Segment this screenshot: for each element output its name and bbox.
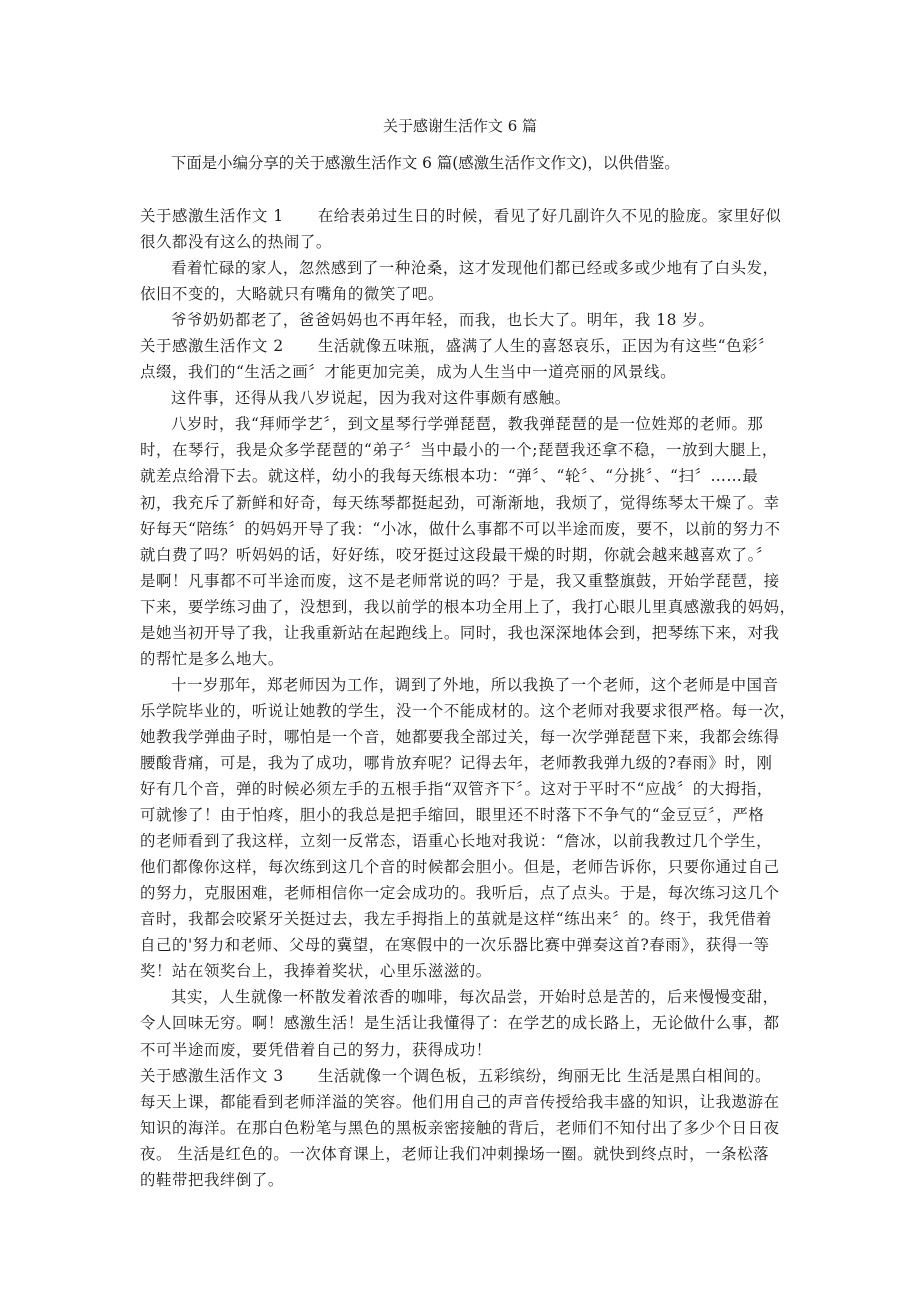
text-line: 时，在琴行，我是众多学琵琶的“弟子〞当中最小的一个;琵琶我还拿不稳，一放到大腿上… (140, 437, 800, 463)
section-heading-line: 关于感激生活作文 3生活就像一个调色板，五彩缤纷，绚丽无比 生活是黑白相间的。 (140, 1063, 800, 1089)
line-text: 的努力，克服困难，老师相信你一定会成功的。我听后，点了点头。于是，每次练习这几个 (140, 884, 780, 902)
line-text: 知识的海洋。在那白色粉笔与黑色的黑板亲密接触的背后，老师们不知付出了多少个日日夜 (140, 1119, 780, 1137)
line-text: 奖！站在领奖台上，我捧着奖状，心里乐滋滋的。 (140, 962, 492, 980)
text-line: 令人回味无穷。啊！感激生活！是生活让我懂得了：在学艺的成长路上，无论做什么事，都 (140, 1010, 800, 1036)
line-text: 可就惨了！由于怕疼，胆小的我总是把手缩回，眼里还不时落下不争气的“金豆豆〞，严格 (140, 806, 764, 824)
line-text: 的帮忙是多么地大。 (140, 650, 284, 668)
line-text: 时，在琴行，我是众多学琵琶的“弟子〞当中最小的一个;琵琶我还拿不稳，一放到大腿上… (140, 441, 778, 459)
text-line: 十一岁那年，郑老师因为工作，调到了外地，所以我换了一个老师，这个老师是中国音 (140, 672, 800, 698)
line-text: 腰酸背痛，可是，我为了成功，哪肯放弃呢？记得去年，老师教我弹九级的?春雨》时，刚 (140, 754, 773, 772)
line-text: 不可半途而废，要凭借着自己的努力，获得成功！ (140, 1041, 492, 1059)
text-line: 乐学院毕业的，听说让她教的学生，没一个不能成材的。这个老师对我要求很严格。每一次… (140, 698, 800, 724)
text-line: 每天上课，都能看到老师洋溢的笑容。他们用自己的声音传授给我丰盛的知识，让我遨游在 (140, 1089, 800, 1115)
text-line: 知识的海洋。在那白色粉笔与黑色的黑板亲密接触的背后，老师们不知付出了多少个日日夜 (140, 1115, 800, 1141)
text-line: 可就惨了！由于怕疼，胆小的我总是把手缩回，眼里还不时落下不争气的“金豆豆〞，严格 (140, 802, 800, 828)
document-page: 关于感谢生活作文 6 篇 下面是小编分享的关于感激生活作文 6 篇(感激生活作文… (0, 0, 920, 1302)
text-line: 自己的'努力和老师、父母的冀望，在寒假中的一次乐器比赛中弹奏这首?春雨》，获得一… (140, 932, 800, 958)
section-heading: 关于感激生活作文 3 (140, 1067, 284, 1085)
section-heading: 关于感激生活作文 1 (140, 207, 284, 225)
text-line: 她教我学弹曲子时，哪怕是一个音，她都要我全部过关，每一次学弹琵琶下来，我都会练得 (140, 724, 800, 750)
line-text: 夜。 生活是红色的。一次体育课上，老师让我们冲刺操场一圈。就快到终点时，一条松落 (140, 1145, 769, 1163)
text-line: 他们都像你这样，每次练到这几个音的时候都会胆小。但是，老师告诉你，只要你通过自己 (140, 854, 800, 880)
line-text: 在给表弟过生日的时候，看见了好几副许久不见的脸庞。家里好似 (318, 207, 782, 225)
line-text: 爷爷奶奶都老了，爸爸妈妈也不再年轻，而我，也长大了。明年，我 18 岁。 (171, 311, 714, 329)
line-text: 她教我学弹曲子时，哪怕是一个音，她都要我全部过关，每一次学弹琵琶下来，我都会练得 (140, 728, 780, 746)
line-text: 初，我充斥了新鲜和好奇，每天练琴都挺起劲，可渐渐地，我烦了，觉得练琴太干燥了。幸 (140, 494, 780, 512)
text-line: 的帮忙是多么地大。 (140, 646, 800, 672)
text-line: 点缀，我们的“生活之画〞才能更加完美，成为人生当中一道亮丽的风景线。 (140, 359, 800, 385)
intro-paragraph: 下面是小编分享的关于感激生活作文 6 篇(感激生活作文作文)，以供借鉴。 (171, 151, 680, 175)
text-line: 爷爷奶奶都老了，爸爸妈妈也不再年轻，而我，也长大了。明年，我 18 岁。 (140, 307, 800, 333)
line-text: 是啊！凡事都不可半途而废，这不是老师常说的吗？于是，我又重整旗鼓，开始学琵琶，接 (140, 572, 780, 590)
text-line: 八岁时，我“拜师学艺〞，到文星琴行学弹琵琶，教我弹琵琶的是一位姓郑的老师。那 (140, 411, 800, 437)
text-line: 是啊！凡事都不可半途而废，这不是老师常说的吗？于是，我又重整旗鼓，开始学琵琶，接 (140, 568, 800, 594)
text-line: 不可半途而废，要凭借着自己的努力，获得成功！ (140, 1037, 800, 1063)
line-text: 音时，我都会咬紧牙关挺过去，我左手拇指上的茧就是这样“练出来〞的。终于，我凭借着 (140, 910, 772, 928)
section-heading: 关于感激生活作文 2 (140, 337, 284, 355)
text-line: 的努力，克服困难，老师相信你一定会成功的。我听后，点了点头。于是，每次练习这几个 (140, 880, 800, 906)
line-text: 好有几个音，弹的时候必须左手的五根手指“双管齐下〞。这对于平时不“应战〞的大拇指… (140, 780, 773, 798)
line-text: 自己的'努力和老师、父母的冀望，在寒假中的一次乐器比赛中弹奏这首?春雨》，获得一… (140, 936, 770, 954)
line-text: 就白费了吗？听妈妈的话，好好练，咬牙挺过这段最干燥的时期，你就会越来越喜欢了。〞 (140, 546, 772, 564)
line-text: 依旧不变的，大略就只有嘴角的微笑了吧。 (140, 285, 444, 303)
text-line: 初，我充斥了新鲜和好奇，每天练琴都挺起劲，可渐渐地，我烦了，觉得练琴太干燥了。幸 (140, 490, 800, 516)
line-text: 这件事，还得从我八岁说起，因为我对这件事颇有感触。 (171, 389, 571, 407)
document-title: 关于感谢生活作文 6 篇 (0, 114, 920, 138)
line-text: 其实，人生就像一杯散发着浓香的咖啡，每次品尝，开始时总是苦的，后来慢慢变甜， (171, 988, 779, 1006)
text-line: 下来，要学练习曲了，没想到，我以前学的根本功全用上了，我打心眼儿里真感激我的妈妈… (140, 594, 800, 620)
text-line: 就白费了吗？听妈妈的话，好好练，咬牙挺过这段最干燥的时期，你就会越来越喜欢了。〞 (140, 542, 800, 568)
line-text: 八岁时，我“拜师学艺〞，到文星琴行学弹琵琶，教我弹琵琶的是一位姓郑的老师。那 (171, 415, 763, 433)
text-line: 看着忙碌的家人，忽然感到了一种沧桑，这才发现他们都已经或多或少地有了白头发， (140, 255, 800, 281)
section-heading-line: 关于感激生活作文 2生活就像五味瓶，盛满了人生的喜怒哀乐，正因为有这些“色彩〞 (140, 333, 800, 359)
text-line: 就差点给滑下去。就这样，幼小的我每天练根本功：“弹〞、“轮〞、“分挑〞、“扫〞…… (140, 463, 800, 489)
line-text: 下来，要学练习曲了，没想到，我以前学的根本功全用上了，我打心眼儿里真感激我的妈妈… (140, 598, 796, 616)
line-text: 乐学院毕业的，听说让她教的学生，没一个不能成材的。这个老师对我要求很严格。每一次… (140, 702, 796, 720)
line-text: 生活就像五味瓶，盛满了人生的喜怒哀乐，正因为有这些“色彩〞 (318, 337, 774, 355)
text-line: 这件事，还得从我八岁说起，因为我对这件事颇有感触。 (140, 385, 800, 411)
line-text: 点缀，我们的“生活之画〞才能更加完美，成为人生当中一道亮丽的风景线。 (140, 363, 676, 381)
text-line: 夜。 生活是红色的。一次体育课上，老师让我们冲刺操场一圈。就快到终点时，一条松落 (140, 1141, 800, 1167)
line-text: 就差点给滑下去。就这样，幼小的我每天练根本功：“弹〞、“轮〞、“分挑〞、“扫〞…… (140, 467, 758, 485)
text-line: 好每天“陪练〞的妈妈开导了我：“小冰，做什么事都不可以半途而废，要不，以前的努力… (140, 516, 800, 542)
section-heading-line: 关于感激生活作文 1在给表弟过生日的时候，看见了好几副许久不见的脸庞。家里好似 (140, 203, 800, 229)
text-line: 好有几个音，弹的时候必须左手的五根手指“双管齐下〞。这对于平时不“应战〞的大拇指… (140, 776, 800, 802)
text-line: 的鞋带把我绊倒了。 (140, 1167, 800, 1193)
text-line: 腰酸背痛，可是，我为了成功，哪肯放弃呢？记得去年，老师教我弹九级的?春雨》时，刚 (140, 750, 800, 776)
line-text: 是她当初开导了我，让我重新站在起跑线上。同时，我也深深地体会到，把琴练下来，对我 (140, 624, 780, 642)
line-text: 生活就像一个调色板，五彩缤纷，绚丽无比 生活是黑白相间的。 (318, 1067, 771, 1085)
line-text: 很久都没有这么的热闹了。 (140, 233, 332, 251)
text-line: 的老师看到了我这样，立刻一反常态，语重心长地对我说：“詹冰，以前我教过几个学生， (140, 828, 800, 854)
line-text: 十一岁那年，郑老师因为工作，调到了外地，所以我换了一个老师，这个老师是中国音 (171, 676, 779, 694)
text-line: 其实，人生就像一杯散发着浓香的咖啡，每次品尝，开始时总是苦的，后来慢慢变甜， (140, 984, 800, 1010)
text-line: 很久都没有这么的热闹了。 (140, 229, 800, 255)
line-text: 好每天“陪练〞的妈妈开导了我：“小冰，做什么事都不可以半途而废，要不，以前的努力… (140, 520, 781, 538)
line-text: 的老师看到了我这样，立刻一反常态，语重心长地对我说：“詹冰，以前我教过几个学生， (140, 832, 772, 850)
line-text: 他们都像你这样，每次练到这几个音的时候都会胆小。但是，老师告诉你，只要你通过自己 (140, 858, 780, 876)
text-line: 依旧不变的，大略就只有嘴角的微笑了吧。 (140, 281, 800, 307)
text-line: 是她当初开导了我，让我重新站在起跑线上。同时，我也深深地体会到，把琴练下来，对我 (140, 620, 800, 646)
text-line: 奖！站在领奖台上，我捧着奖状，心里乐滋滋的。 (140, 958, 800, 984)
text-line: 音时，我都会咬紧牙关挺过去，我左手拇指上的茧就是这样“练出来〞的。终于，我凭借着 (140, 906, 800, 932)
line-text: 看着忙碌的家人，忽然感到了一种沧桑，这才发现他们都已经或多或少地有了白头发， (171, 259, 779, 277)
document-body: 关于感激生活作文 1在给表弟过生日的时候，看见了好几副许久不见的脸庞。家里好似很… (140, 203, 800, 1193)
line-text: 每天上课，都能看到老师洋溢的笑容。他们用自己的声音传授给我丰盛的知识，让我遨游在 (140, 1093, 780, 1111)
line-text: 令人回味无穷。啊！感激生活！是生活让我懂得了：在学艺的成长路上，无论做什么事，都 (140, 1014, 780, 1032)
line-text: 的鞋带把我绊倒了。 (140, 1171, 284, 1189)
